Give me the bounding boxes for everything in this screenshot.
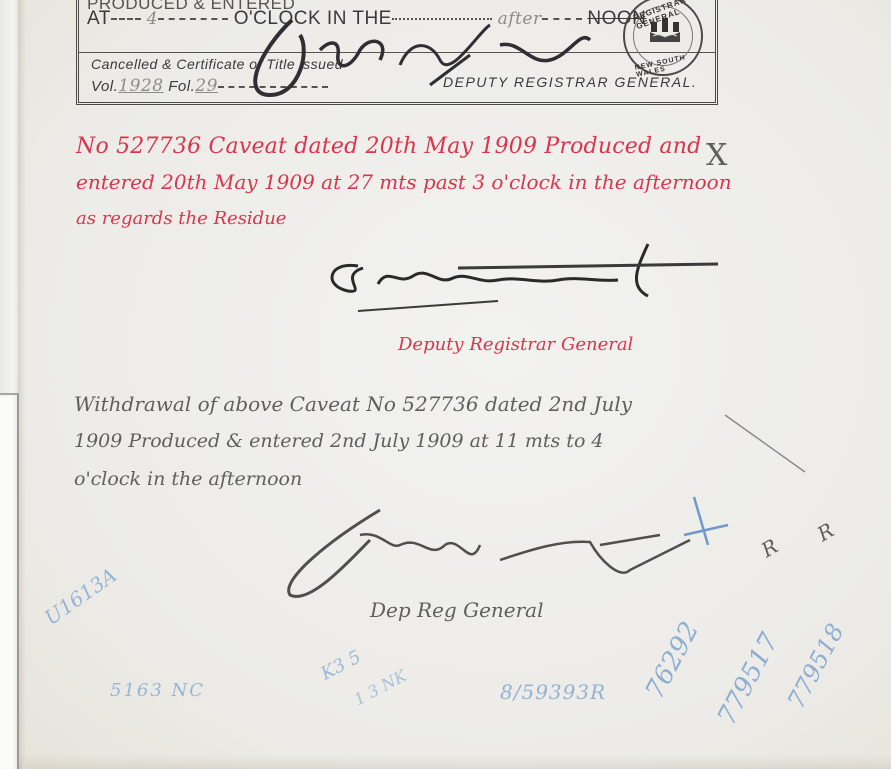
- withdrawal-line-1: Withdrawal of above Caveat No 527736 dat…: [74, 392, 632, 416]
- stamp-at-label: AT: [87, 8, 111, 29]
- binding-tab: [0, 393, 19, 769]
- caveat-line-3: as regards the Residue: [76, 208, 286, 229]
- withdrawal-signatory-title: Dep Reg General: [370, 598, 544, 622]
- withdrawal-line-3: o'clock in the afternoon: [74, 468, 302, 490]
- withdrawal-line-2: 1909 Produced & entered 2nd July 1909 at…: [74, 430, 604, 452]
- page-bottom-edge: [18, 755, 891, 769]
- margin-x-mark: X: [706, 138, 727, 173]
- registrar-seal: REGISTRAR GENERAL NEW SOUTH WALES: [623, 0, 703, 76]
- caveat-line-2: entered 20th May 1909 at 27 mts past 3 o…: [76, 170, 732, 194]
- coat-of-arms-icon: [647, 14, 683, 46]
- macdonald-signature-icon: [318, 236, 718, 316]
- stamp-vol-label: Vol.: [91, 78, 118, 95]
- stamp-vol-value: 1928: [118, 76, 163, 96]
- stamp-fol-value: 29: [195, 76, 218, 96]
- top-signature-icon: [230, 10, 610, 105]
- stamp-at-hour: 4: [147, 9, 158, 29]
- stamp-fol-label: Fol.: [168, 78, 195, 95]
- page-edge-shadow: [18, 0, 26, 769]
- pencil-note-stroke-number: 5163 NC: [110, 680, 205, 701]
- caveat-signatory-title: Deputy Registrar General: [398, 334, 633, 355]
- blue-cross-mark-icon: [680, 495, 730, 555]
- caveat-line-1: No 527736 Caveat dated 20th May 1909 Pro…: [76, 134, 701, 159]
- pencil-note-reference: 8/59393R: [500, 680, 606, 704]
- margin-stroke-icon: [720, 410, 810, 480]
- fitzgerald-signature-icon: [270, 500, 730, 610]
